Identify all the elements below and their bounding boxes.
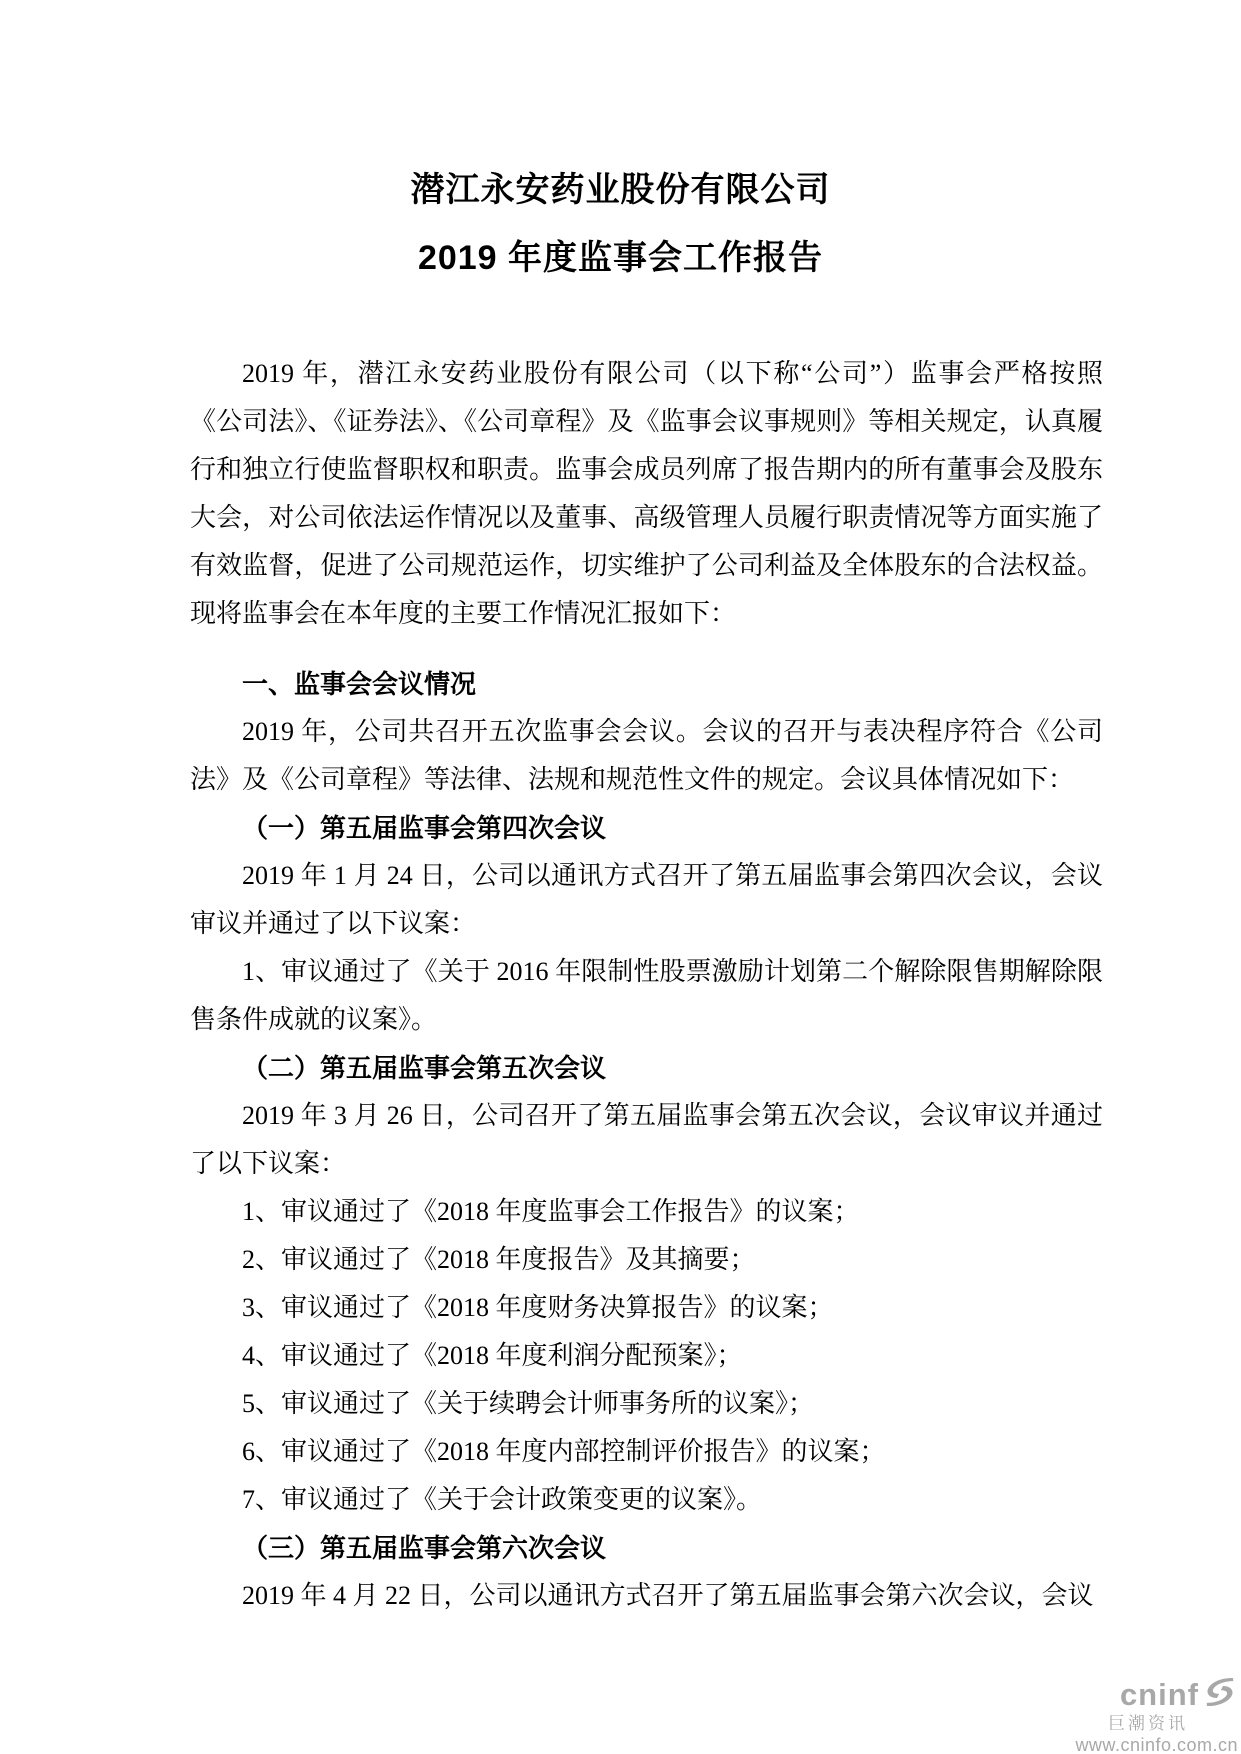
cninfo-site-url: www.cninfo.com.cn (988, 1736, 1238, 1754)
subsection-heading-meeting-5: （二）第五届监事会第五次会议 (190, 1044, 1103, 1092)
meeting-4-resolution-1: 1、审议通过了《关于 2016 年限制性股票激励计划第二个解除限售期解除限售条件… (190, 948, 1103, 1044)
cninfo-swirl-icon (1202, 1676, 1238, 1712)
meeting-5-resolution-3: 3、审议通过了《2018 年度财务决算报告》的议案； (190, 1284, 1103, 1332)
subsection-heading-meeting-4: （一）第五届监事会第四次会议 (190, 804, 1103, 852)
meeting-5-resolution-1: 1、审议通过了《2018 年度监事会工作报告》的议案； (190, 1188, 1103, 1236)
intro-paragraph: 2019 年，潜江永安药业股份有限公司（以下称“公司”）监事会严格按照《公司法》… (190, 350, 1103, 638)
company-name-title: 潜江永安药业股份有限公司 (0, 168, 1241, 212)
meeting-5-resolution-6: 6、审议通过了《2018 年度内部控制评价报告》的议案； (190, 1428, 1103, 1476)
cninfo-logo-text: cninf (1120, 1679, 1199, 1710)
document-page: 潜江永安药业股份有限公司 2019 年度监事会工作报告 2019 年，潜江永安药… (0, 0, 1241, 1754)
meeting-5-resolution-5: 5、审议通过了《关于续聘会计师事务所的议案》； (190, 1380, 1103, 1428)
section-heading-meetings: 一、监事会会议情况 (190, 660, 1103, 708)
cninfo-logo: cninf (988, 1676, 1238, 1712)
meetings-overview-paragraph: 2019 年，公司共召开五次监事会会议。会议的召开与表决程序符合《公司法》及《公… (190, 708, 1103, 804)
meeting-5-paragraph: 2019 年 3 月 26 日，公司召开了第五届监事会第五次会议，会议审议并通过… (190, 1092, 1103, 1188)
meeting-5-resolution-7: 7、审议通过了《关于会计政策变更的议案》。 (190, 1476, 1103, 1524)
subsection-heading-meeting-6: （三）第五届监事会第六次会议 (190, 1524, 1103, 1572)
meeting-5-resolution-4: 4、审议通过了《2018 年度利润分配预案》； (190, 1332, 1103, 1380)
meeting-6-paragraph: 2019 年 4 月 22 日，公司以通讯方式召开了第五届监事会第六次会议，会议 (190, 1572, 1103, 1620)
document-body: 2019 年，潜江永安药业股份有限公司（以下称“公司”）监事会严格按照《公司法》… (190, 350, 1103, 1620)
meeting-4-paragraph: 2019 年 1 月 24 日，公司以通讯方式召开了第五届监事会第四次会议，会议… (190, 852, 1103, 948)
report-title: 2019 年度监事会工作报告 (0, 236, 1241, 280)
meeting-5-resolution-2: 2、审议通过了《2018 年度报告》及其摘要； (190, 1236, 1103, 1284)
cninfo-site-name: 巨潮资讯 (988, 1715, 1188, 1732)
title-block: 潜江永安药业股份有限公司 2019 年度监事会工作报告 (0, 168, 1241, 304)
cninfo-watermark: cninf 巨潮资讯 www.cninfo.com.cn (988, 1676, 1238, 1754)
